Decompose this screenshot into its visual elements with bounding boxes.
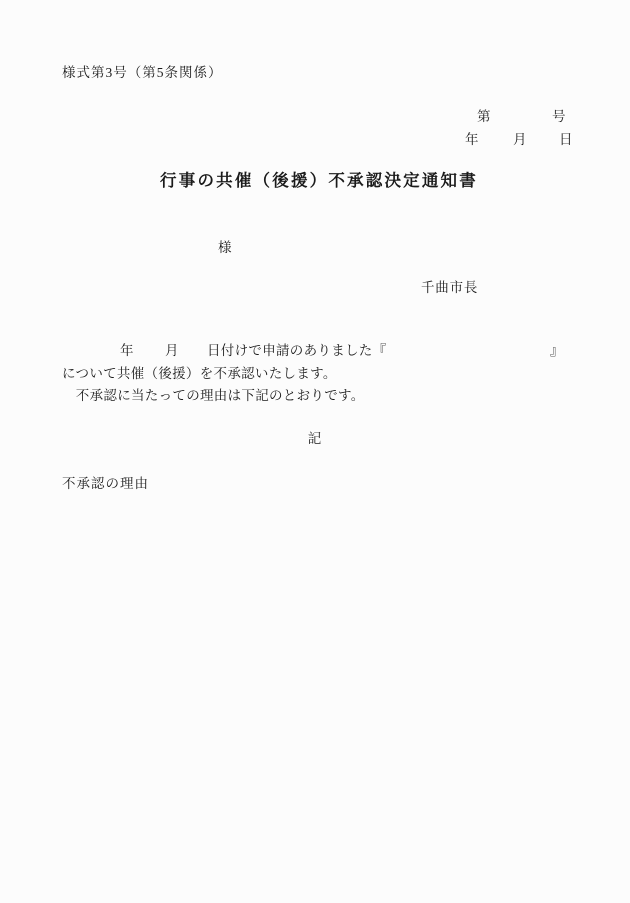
doc-number-prefix: 第	[477, 109, 492, 124]
sender-title: 千曲市長	[421, 280, 478, 295]
body-quote-close: 』	[550, 343, 565, 358]
document-page: 様式第3号（第5条関係） 第 号 年 月 日 行事の共催（後援）不承認決定通知書…	[0, 0, 630, 903]
document-title: 行事の共催（後援）不承認決定通知書	[0, 171, 630, 190]
body-month-label: 月	[165, 343, 180, 358]
form-number: 様式第3号（第5条関係）	[62, 65, 223, 80]
reason-label: 不承認の理由	[62, 476, 149, 491]
date-year-label: 年	[465, 132, 480, 147]
doc-number-suffix: 号	[552, 109, 567, 124]
date-day-label: 日	[559, 132, 574, 147]
body-line2-text: について共催（後援）を不承認いたします。	[62, 366, 337, 381]
recipient-honorific: 様	[218, 240, 233, 255]
record-heading: 記	[0, 431, 630, 446]
body-year-label: 年	[120, 343, 135, 358]
date-month-label: 月	[513, 132, 528, 147]
body-line3-text: 不承認に当たっての理由は下記のとおりです。	[62, 388, 365, 403]
body-line1-text: 日付けで申請のありました『	[207, 343, 386, 358]
